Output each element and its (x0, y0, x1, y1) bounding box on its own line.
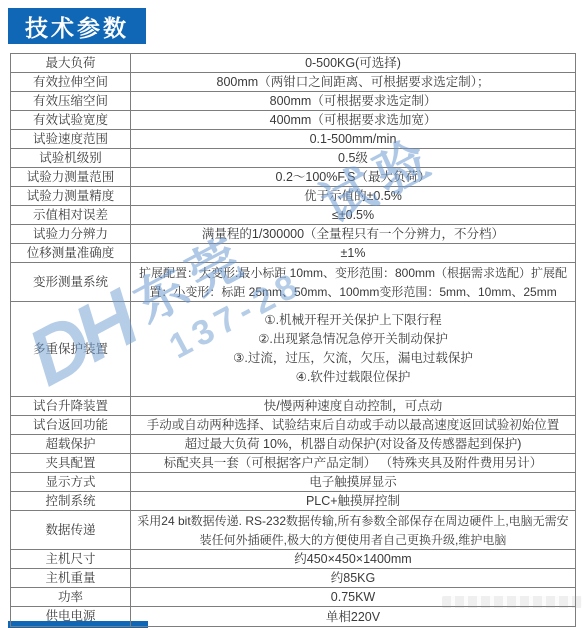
param-label: 主机重量 (11, 569, 131, 587)
section-title-text: 技术参数 (25, 10, 129, 43)
param-label: 试验速度范围 (11, 130, 131, 148)
table-row: 有效拉伸空间800mm（两钳口之间距离、可根据要求选定制）； (11, 73, 575, 92)
param-value: 0.2～100%F.S（最大负荷） (131, 168, 575, 186)
param-label: 试台升降装置 (11, 397, 131, 415)
param-value: ≤±0.5% (131, 206, 575, 224)
param-value: 满量程的1/300000（全量程只有一个分辨力，不分档） (131, 225, 575, 243)
param-value: 标配夹具一套（可根据客户产品定制） （特殊夹具及附件费用另计） (131, 454, 575, 472)
param-value: PLC+触摸屏控制 (131, 492, 575, 510)
table-row: 有效压缩空间800mm（可根据要求选定制） (11, 92, 575, 111)
table-row: 示值相对误差≤±0.5% (11, 206, 575, 225)
param-value-line: ①.机械开程开关保护上下限行程 (264, 311, 441, 330)
table-row: 最大负荷0-500KG(可选择) (11, 54, 575, 73)
param-label: 试验机级别 (11, 149, 131, 167)
table-row: 超载保护超过最大负荷 10%，机器自动保护(对设备及传感器起到保护) (11, 435, 575, 454)
table-row: 主机尺寸约450×450×1400mm (11, 550, 575, 569)
param-label: 试验力测量范围 (11, 168, 131, 186)
table-row: 变形测量系统扩展配置：大变形:最小标距 10mm、变形范围：800mm（根据需求… (11, 263, 575, 302)
table-row: 试台返回功能手动或自动两种选择、试验结束后自动或手动以最高速度返回试验初始位置 (11, 416, 575, 435)
param-value: 电子触摸屏显示 (131, 473, 575, 491)
param-label: 超载保护 (11, 435, 131, 453)
param-label: 试验力测量精度 (11, 187, 131, 205)
param-label: 有效试验宽度 (11, 111, 131, 129)
param-value-line: ③.过流，过压，欠流，欠压，漏电过载保护 (233, 349, 473, 368)
param-label: 夹具配置 (11, 454, 131, 472)
table-row: 位移测量准确度±1% (11, 244, 575, 263)
param-value: 单相220V (131, 607, 575, 626)
table-row: 显示方式电子触摸屏显示 (11, 473, 575, 492)
param-label: 示值相对误差 (11, 206, 131, 224)
param-value: 800mm（可根据要求选定制） (131, 92, 575, 110)
spec-table: 最大负荷0-500KG(可选择)有效拉伸空间800mm（两钳口之间距离、可根据要… (10, 53, 576, 627)
param-value: 超过最大负荷 10%，机器自动保护(对设备及传感器起到保护) (131, 435, 575, 453)
table-row: 试验速度范围0.1-500mm/min (11, 130, 575, 149)
table-row: 试台升降装置快/慢两种速度自动控制，可点动 (11, 397, 575, 416)
param-value: 0.1-500mm/min (131, 130, 575, 148)
param-value-line: ②.出现紧急情况急停开关制动保护 (258, 330, 448, 349)
faint-watermark (442, 596, 582, 608)
param-value: 手动或自动两种选择、试验结束后自动或手动以最高速度返回试验初始位置 (131, 416, 575, 434)
table-row: 主机重量约85KG (11, 569, 575, 588)
param-value: ±1% (131, 244, 575, 262)
param-label: 位移测量准确度 (11, 244, 131, 262)
table-row: 试验机级别0.5级 (11, 149, 575, 168)
param-label: 试台返回功能 (11, 416, 131, 434)
param-label: 供电电源 (11, 607, 131, 626)
table-row: 试验力分辨力满量程的1/300000（全量程只有一个分辨力，不分档） (11, 225, 575, 244)
param-value: 约450×450×1400mm (131, 550, 575, 568)
param-value: 优于示值的±0.5% (131, 187, 575, 205)
param-value: 采用24 bit数据传递. RS-232数据传输,所有参数全部保存在周边硬件上,… (131, 511, 575, 549)
param-label: 数据传递 (11, 511, 131, 549)
param-label: 最大负荷 (11, 54, 131, 72)
param-label: 试验力分辨力 (11, 225, 131, 243)
param-value-line: ④.软件过载限位保护 (296, 368, 411, 387)
param-value: 约85KG (131, 569, 575, 587)
table-row: 有效试验宽度400mm（可根据要求选加宽） (11, 111, 575, 130)
table-row: 控制系统PLC+触摸屏控制 (11, 492, 575, 511)
param-value: 0.5级 (131, 149, 575, 167)
table-row: 数据传递采用24 bit数据传递. RS-232数据传输,所有参数全部保存在周边… (11, 511, 575, 550)
table-row: 夹具配置标配夹具一套（可根据客户产品定制） （特殊夹具及附件费用另计） (11, 454, 575, 473)
param-label: 变形测量系统 (11, 263, 131, 301)
table-row: 供电电源单相220V (11, 607, 575, 626)
param-label: 有效拉伸空间 (11, 73, 131, 91)
param-value: 0-500KG(可选择) (131, 54, 575, 72)
param-value: 800mm（两钳口之间距离、可根据要求选定制）； (131, 73, 575, 91)
param-value: 快/慢两种速度自动控制，可点动 (131, 397, 575, 415)
section-title: 技术参数 (8, 8, 146, 44)
param-value: ①.机械开程开关保护上下限行程②.出现紧急情况急停开关制动保护③.过流，过压，欠… (131, 302, 575, 396)
param-label: 主机尺寸 (11, 550, 131, 568)
table-row: 试验力测量精度优于示值的±0.5% (11, 187, 575, 206)
param-label: 有效压缩空间 (11, 92, 131, 110)
param-label: 功率 (11, 588, 131, 606)
table-row: 试验力测量范围0.2～100%F.S（最大负荷） (11, 168, 575, 187)
table-row: 多重保护装置①.机械开程开关保护上下限行程②.出现紧急情况急停开关制动保护③.过… (11, 302, 575, 397)
param-value: 400mm（可根据要求选加宽） (131, 111, 575, 129)
param-label: 控制系统 (11, 492, 131, 510)
param-label: 多重保护装置 (11, 302, 131, 396)
param-value: 扩展配置：大变形:最小标距 10mm、变形范围：800mm（根据需求选配）扩展配… (131, 263, 575, 301)
param-label: 显示方式 (11, 473, 131, 491)
